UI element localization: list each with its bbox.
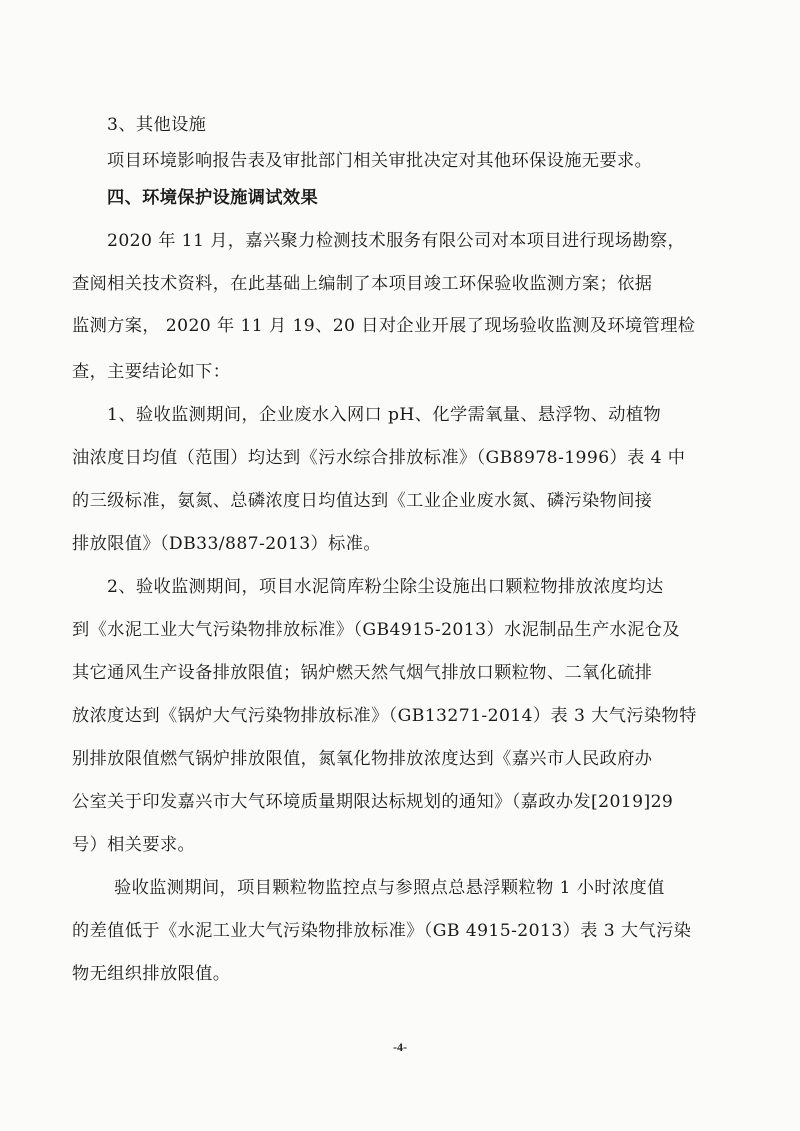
paragraph-line: 到《水泥工业大气污染物排放标准》（GB4915-2013）水泥制品生产水泥仓及: [72, 619, 680, 641]
paragraph-line: 号）相关要求。: [72, 834, 195, 856]
paragraph-line: 查，主要结论如下：: [72, 361, 230, 383]
paragraph-line: 项目环境影响报告表及审批部门相关审批决定对其他环保设施无要求。: [107, 150, 652, 172]
paragraph-line: 的三级标准，氨氮、总磷浓度日均值达到《工业企业废水氮、磷污染物间接: [72, 490, 652, 512]
paragraph-line: 油浓度日均值（范围）均达到《污水综合排放标准》（GB8978-1996）表 4 …: [72, 447, 685, 469]
paragraph-line: 1、验收监测期间，企业废水入网口 pH、化学需氧量、悬浮物、动植物: [107, 404, 661, 426]
paragraph-line: 2、验收监测期间，项目水泥筒库粉尘除尘设施出口颗粒物排放浓度均达: [107, 576, 664, 598]
paragraph-line: 验收监测期间，项目颗粒物监控点与参照点总悬浮颗粒物 1 小时浓度值: [114, 877, 665, 899]
paragraph-line: 排放限值》（DB33/887-2013）标准。: [72, 533, 381, 555]
paragraph-line: 的差值低于《水泥工业大气污染物排放标准》（GB 4915-2013）表 3 大气…: [72, 920, 691, 942]
subheading-other-facilities: 3、其他设施: [107, 114, 206, 136]
paragraph-line: 监测方案， 2020 年 11 月 19、20 日对企业开展了现场验收监测及环境…: [72, 315, 695, 337]
paragraph-line: 物无组织排放限值。: [72, 963, 230, 985]
paragraph-line: 公室关于印发嘉兴市大气环境质量期限达标规划的通知》（嘉政办发[2019]29: [72, 791, 673, 813]
section-heading: 四、环境保护设施调试效果: [107, 187, 318, 209]
paragraph-line: 2020 年 11 月，嘉兴聚力检测技术服务有限公司对本项目进行现场勘察，: [107, 230, 685, 252]
paragraph-line: 放浓度达到《锅炉大气污染物排放标准》（GB13271-2014）表 3 大气污染…: [72, 705, 697, 727]
page-number: -4-: [0, 1040, 800, 1055]
paragraph-line: 别排放限值燃气锅炉排放限值，氮氧化物排放浓度达到《嘉兴市人民政府办: [72, 748, 652, 770]
paragraph-line: 查阅相关技术资料，在此基础上编制了本项目竣工环保验收监测方案；依据: [72, 273, 652, 295]
document-page: 3、其他设施 项目环境影响报告表及审批部门相关审批决定对其他环保设施无要求。 四…: [0, 0, 800, 1131]
paragraph-line: 其它通风生产设备排放限值；锅炉燃天然气烟气排放口颗粒物、二氧化硫排: [72, 662, 652, 684]
